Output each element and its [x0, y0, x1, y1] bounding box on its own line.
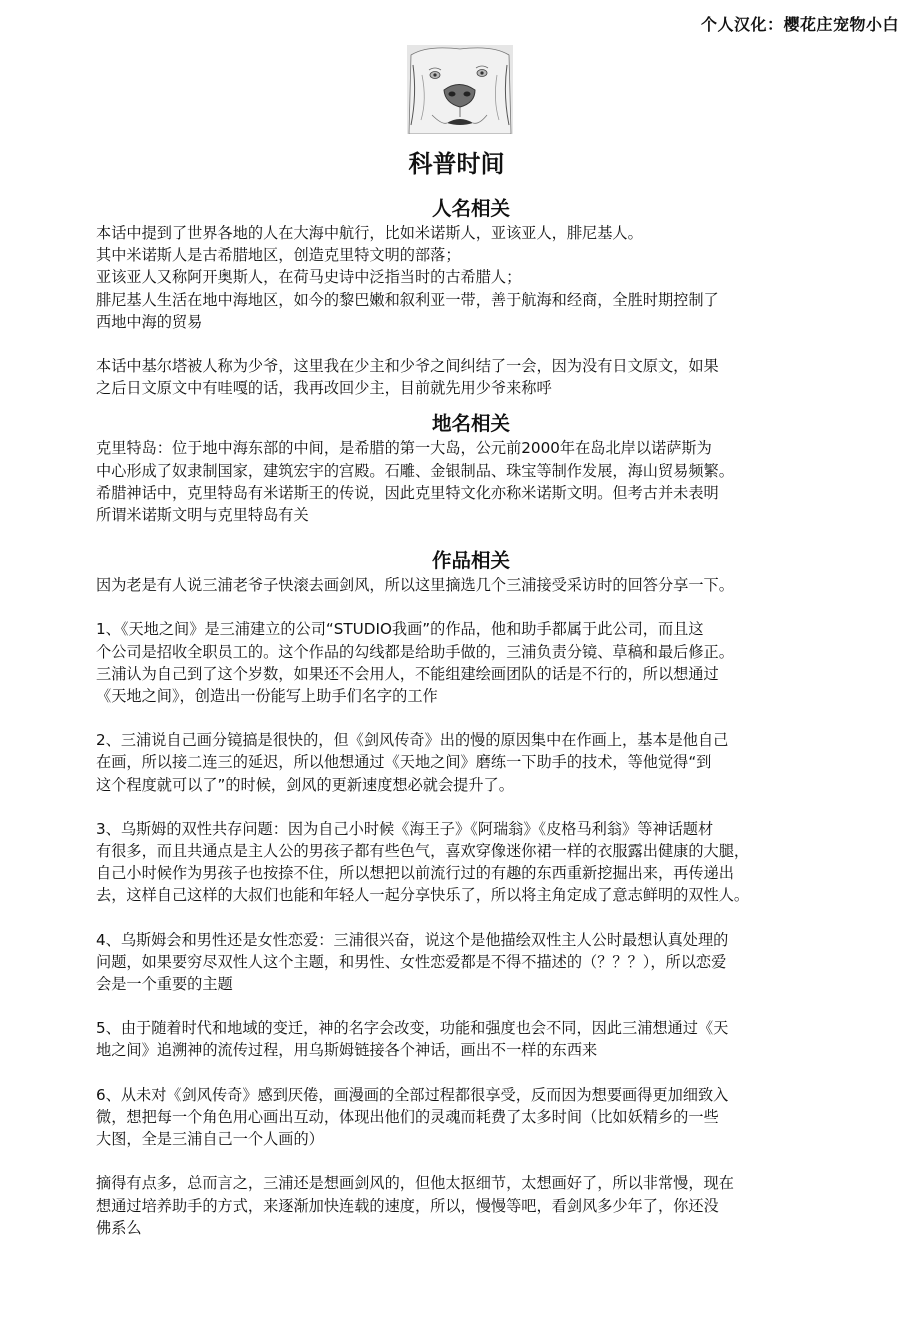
- section-heading-names: 人名相关: [96, 196, 866, 222]
- section-heading-works: 作品相关: [96, 548, 866, 574]
- translator-credit: 个人汉化：樱花庄宠物小白: [701, 12, 899, 35]
- paragraph-works-point-1: 1、《天地之间》是三浦建立的公司“STUDIO我画”的作品，他和助手都属于此公司…: [96, 618, 866, 707]
- paragraph-works-point-2: 2、三浦说自己画分镜搞是很快的，但《剑风传奇》出的慢的原因集中在作画上，基本是他…: [96, 729, 866, 796]
- section-heading-places: 地名相关: [96, 411, 866, 437]
- paragraph-works-intro: 因为老是有人说三浦老爷子快滚去画剑风，所以这里摘选几个三浦接受采访时的回答分享一…: [96, 574, 866, 596]
- paragraph-names-overview: 本话中提到了世界各地的人在大海中航行，比如米诺斯人，亚该亚人，腓尼基人。 其中米…: [96, 222, 866, 333]
- paragraph-works-point-6: 6、从未对《剑风传奇》感到厌倦，画漫画的全部过程都很享受，反而因为想要画得更加细…: [96, 1084, 866, 1151]
- paragraph-works-summary: 摘得有点多，总而言之，三浦还是想画剑风的，但他太抠细节，太想画好了，所以非常慢，…: [96, 1172, 866, 1239]
- article-body: 人名相关 本话中提到了世界各地的人在大海中航行，比如米诺斯人，亚该亚人，腓尼基人…: [96, 196, 866, 1239]
- page-title: 科普时间: [0, 144, 913, 179]
- dog-face-icon: [407, 45, 513, 134]
- paragraph-works-point-4: 4、乌斯姆会和男性还是女性恋爱：三浦很兴奋，说这个是他描绘双性主人公时最想认真处…: [96, 929, 866, 996]
- paragraph-works-point-5: 5、由于随着时代和地域的变迁，神的名字会改变，功能和强度也会不同，因此三浦想通过…: [96, 1017, 866, 1061]
- paragraph-works-point-3: 3、乌斯姆的双性共存问题：因为自己小时候《海王子》《阿瑞翁》《皮格马利翁》等神话…: [96, 818, 866, 907]
- paragraph-places-crete: 克里特岛：位于地中海东部的中间，是希腊的第一大岛，公元前2000年在岛北岸以诺萨…: [96, 437, 866, 526]
- dog-illustration: [407, 45, 513, 134]
- paragraph-names-young-master: 本话中基尔塔被人称为少爷，这里我在少主和少爷之间纠结了一会，因为没有日文原文，如…: [96, 355, 866, 399]
